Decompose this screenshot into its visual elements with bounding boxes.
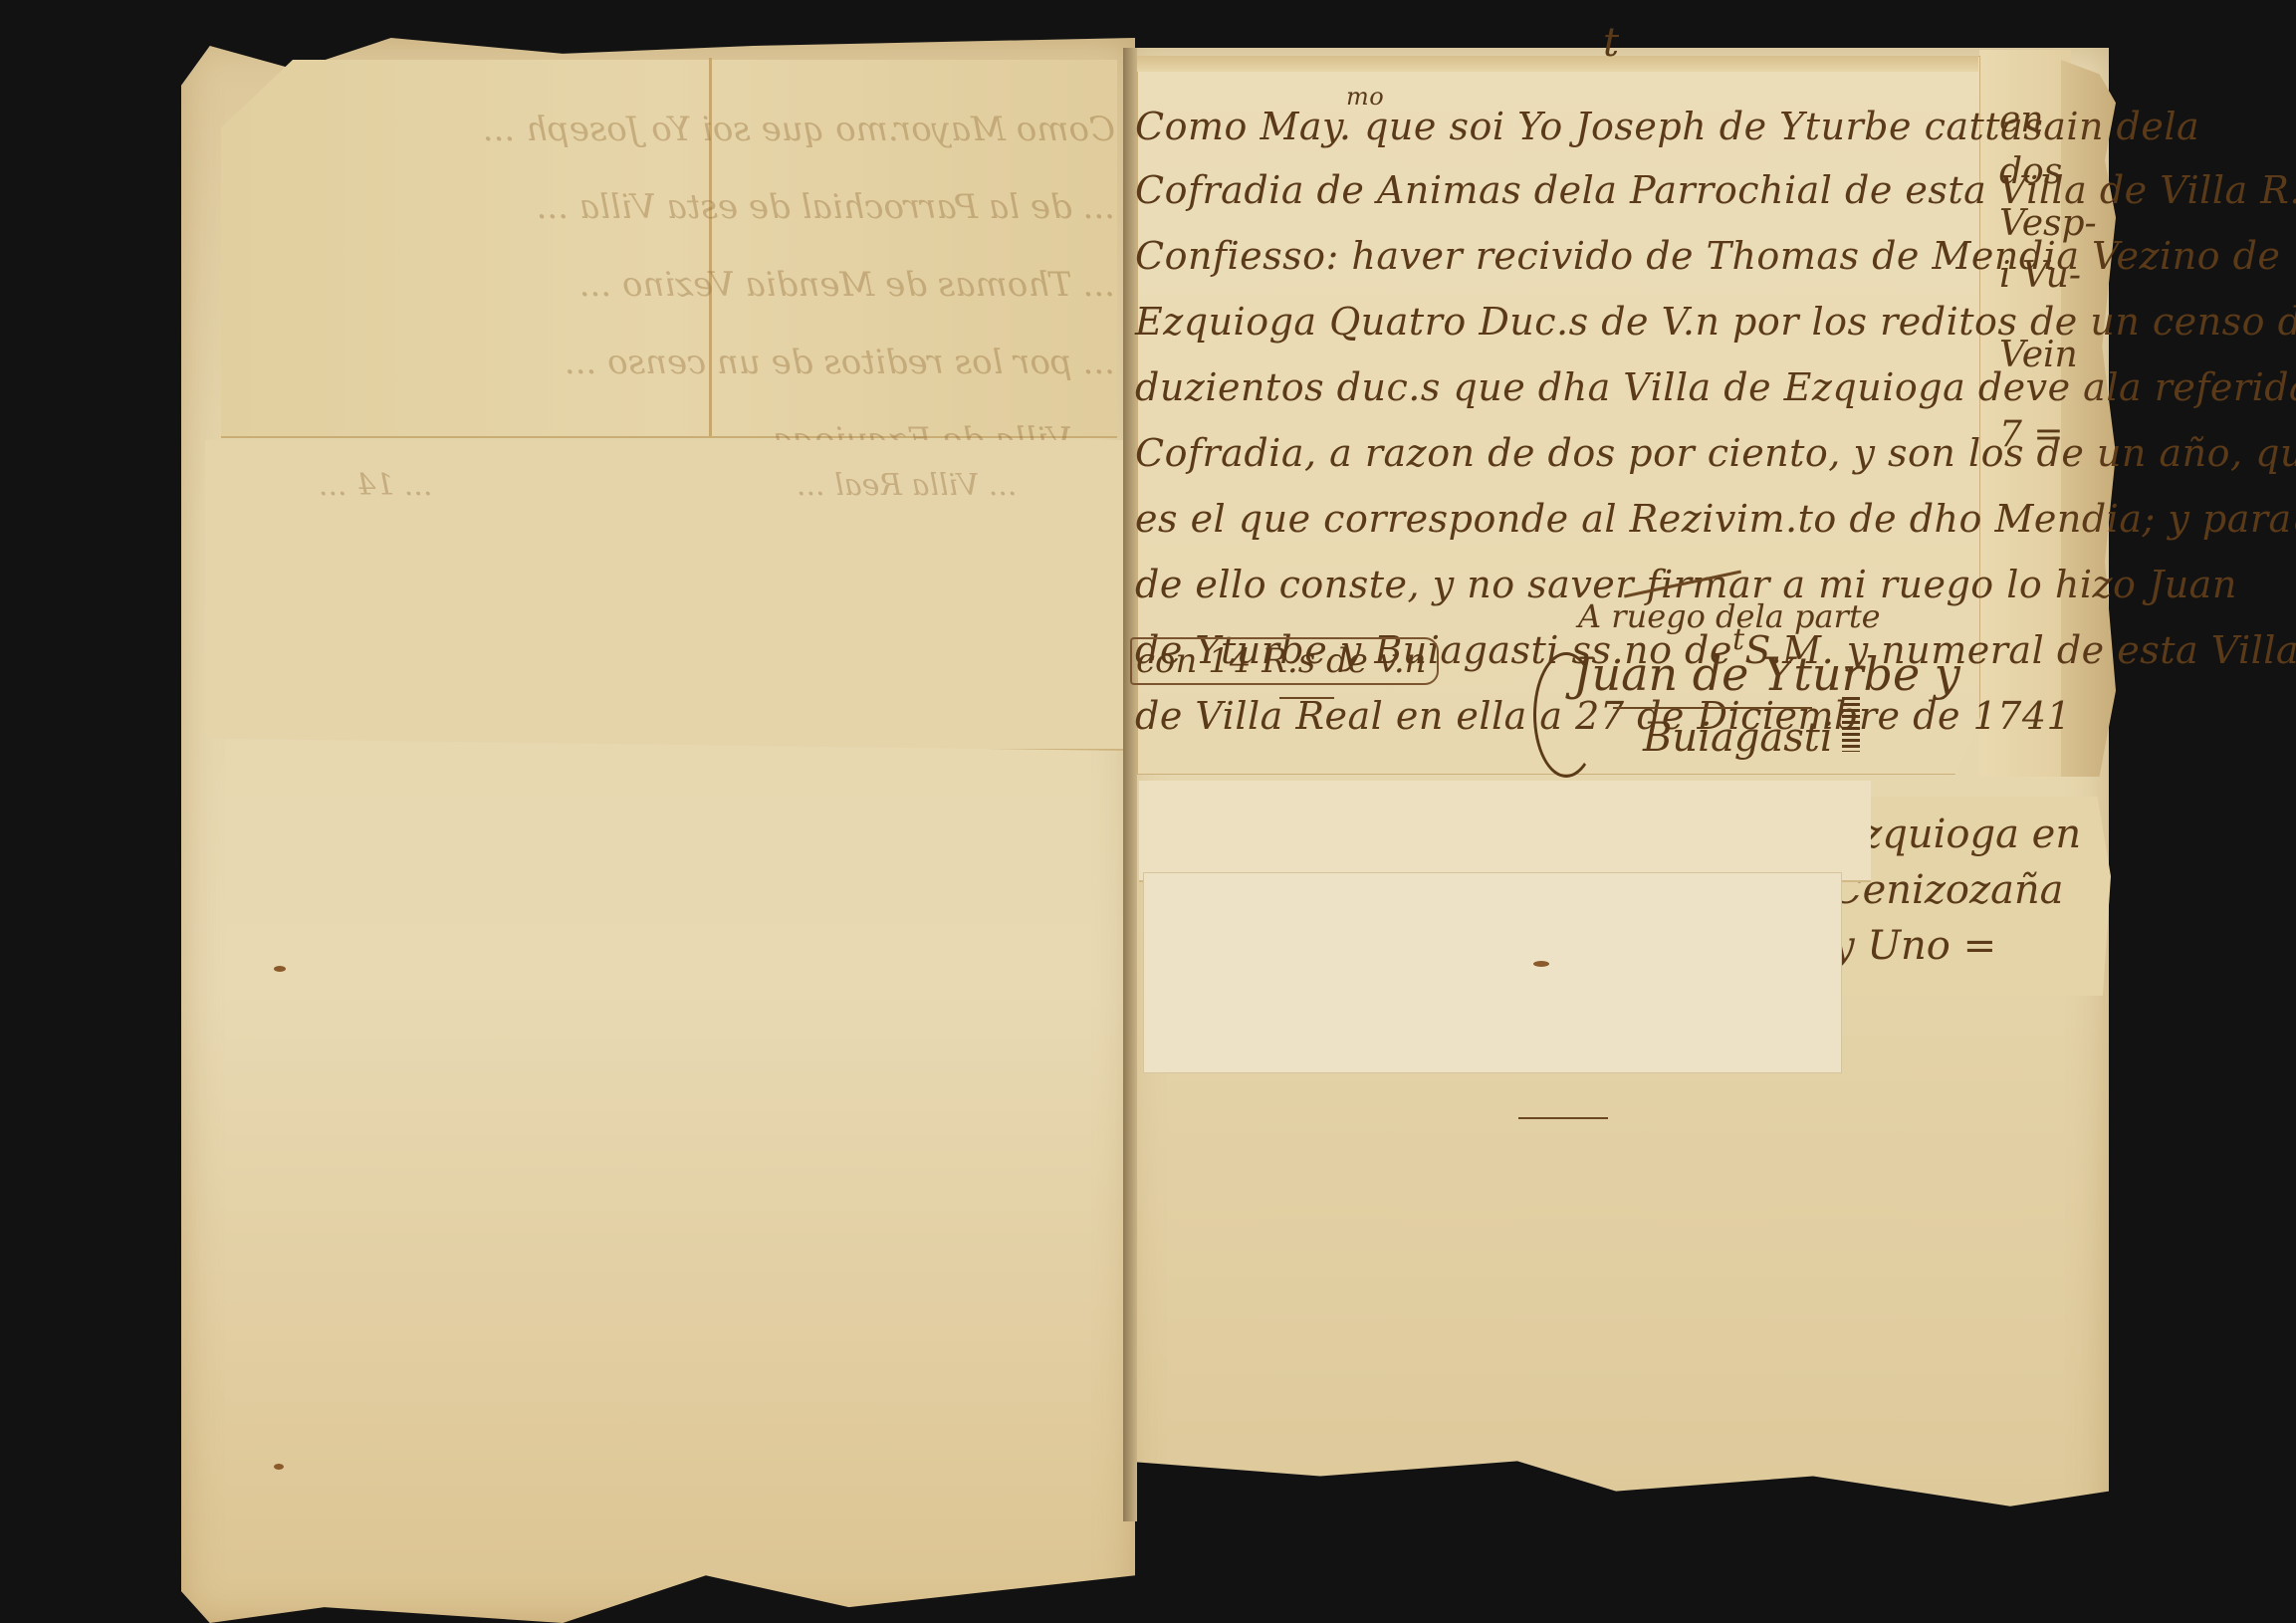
ink-spot: [274, 1464, 284, 1470]
notary-rubric: [1842, 697, 1860, 752]
bleed-line: Como Mayor.mo que soi Yo Joseph ...: [299, 110, 1115, 149]
ink-spot: [1533, 961, 1549, 967]
bleed-line: ... 14 ...: [319, 468, 432, 503]
bleed-line: ... Thomas de Mendia Vezino ...: [299, 265, 1115, 305]
top-mark: t: [1603, 20, 1619, 66]
text-line: Como May. que soi Yo Joseph de Yturbe ca…: [1135, 105, 1981, 168]
margin-word: 7 =: [1999, 414, 2097, 455]
separator-dash: [1518, 1117, 1608, 1119]
signature-name: Juan de Yturbe y: [1573, 647, 1960, 701]
text-line: Cofradia, a razon de dos por ciento, y s…: [1135, 431, 1981, 497]
bleed-line: ... de la Parrochial de esta Villa ...: [299, 187, 1115, 227]
slip-top-edge: [1137, 56, 1978, 72]
text-line: Cofradia de Animas dela Parrochial de es…: [1135, 168, 1981, 234]
paper-slip-upper: [1139, 781, 1871, 882]
text-line: Confiesso: haver recivido de Thomas de M…: [1135, 234, 1981, 300]
signature-surname: Buiagasti: [1643, 715, 1833, 761]
signature-rule: [1613, 707, 1812, 709]
ink-spot: [274, 966, 286, 972]
paper-slip-lower: [1143, 872, 1842, 1073]
separator-dash: [1279, 697, 1334, 699]
margin-word: dos: [1999, 151, 2097, 203]
margin-word: Vein: [1999, 335, 2097, 414]
text-line: es el que corresponde al Rezivim.to de d…: [1135, 497, 1981, 563]
left-lower-bleed: ... 14 ...: [319, 468, 432, 503]
margin-word: i Vu-: [1999, 255, 2097, 335]
text-line: duzientos duc.s que dha Villa de Ezquiog…: [1135, 365, 1981, 431]
bleed-line: ... por los reditos de un censo ...: [299, 343, 1115, 382]
superscript: mo: [1346, 83, 1384, 111]
left-lower-bleed-2: ... Villa Real ...: [797, 468, 1017, 503]
margin-word: Vesp-: [1999, 203, 2097, 255]
margin-notes: en dos Vesp- i Vu- Vein 7 =: [1999, 100, 2097, 455]
bleed-line: ... Villa Real ...: [797, 468, 1017, 503]
text-line: Ezquioga Quatro Duc.s de V.n por los red…: [1135, 300, 1981, 365]
margin-word: en: [1999, 100, 2097, 151]
attestation-text: A ruego dela parte: [1578, 597, 1881, 635]
boxed-amount-note: con 14 R.s de v.n: [1130, 637, 1439, 685]
note-line: y Uno =: [1832, 923, 2081, 969]
